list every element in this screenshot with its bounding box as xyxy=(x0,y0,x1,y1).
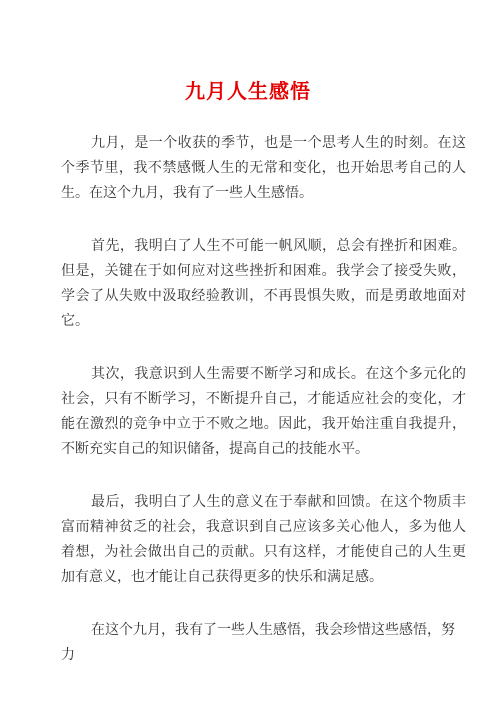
document-page: 九月人生感悟 九月，是一个收获的季节，也是一个思考人生的时刻。在这个季节里，我不… xyxy=(0,0,496,702)
essay-paragraph-2: 首先，我明白了人生不可能一帆风顺，总会有挫折和困难。但是，关键在于如何应对这些挫… xyxy=(61,234,466,334)
document-title: 九月人生感悟 xyxy=(0,79,496,105)
essay-paragraph-5: 在这个九月，我有了一些人生感悟，我会珍惜这些感悟，努力 xyxy=(61,618,466,668)
document-header: 九月人生感悟 xyxy=(0,0,496,105)
document-body: 九月，是一个收获的季节，也是一个思考人生的时刻。在这个季节里，我不禁感慨人生的无… xyxy=(0,131,496,668)
essay-paragraph-1: 九月，是一个收获的季节，也是一个思考人生的时刻。在这个季节里，我不禁感慨人生的无… xyxy=(61,131,466,206)
essay-paragraph-4: 最后，我明白了人生的意义在于奉献和回馈。在这个物质丰富而精神贫乏的社会，我意识到… xyxy=(61,490,466,590)
essay-paragraph-3: 其次，我意识到人生需要不断学习和成长。在这个多元化的社会，只有不断学习，不断提升… xyxy=(61,362,466,462)
